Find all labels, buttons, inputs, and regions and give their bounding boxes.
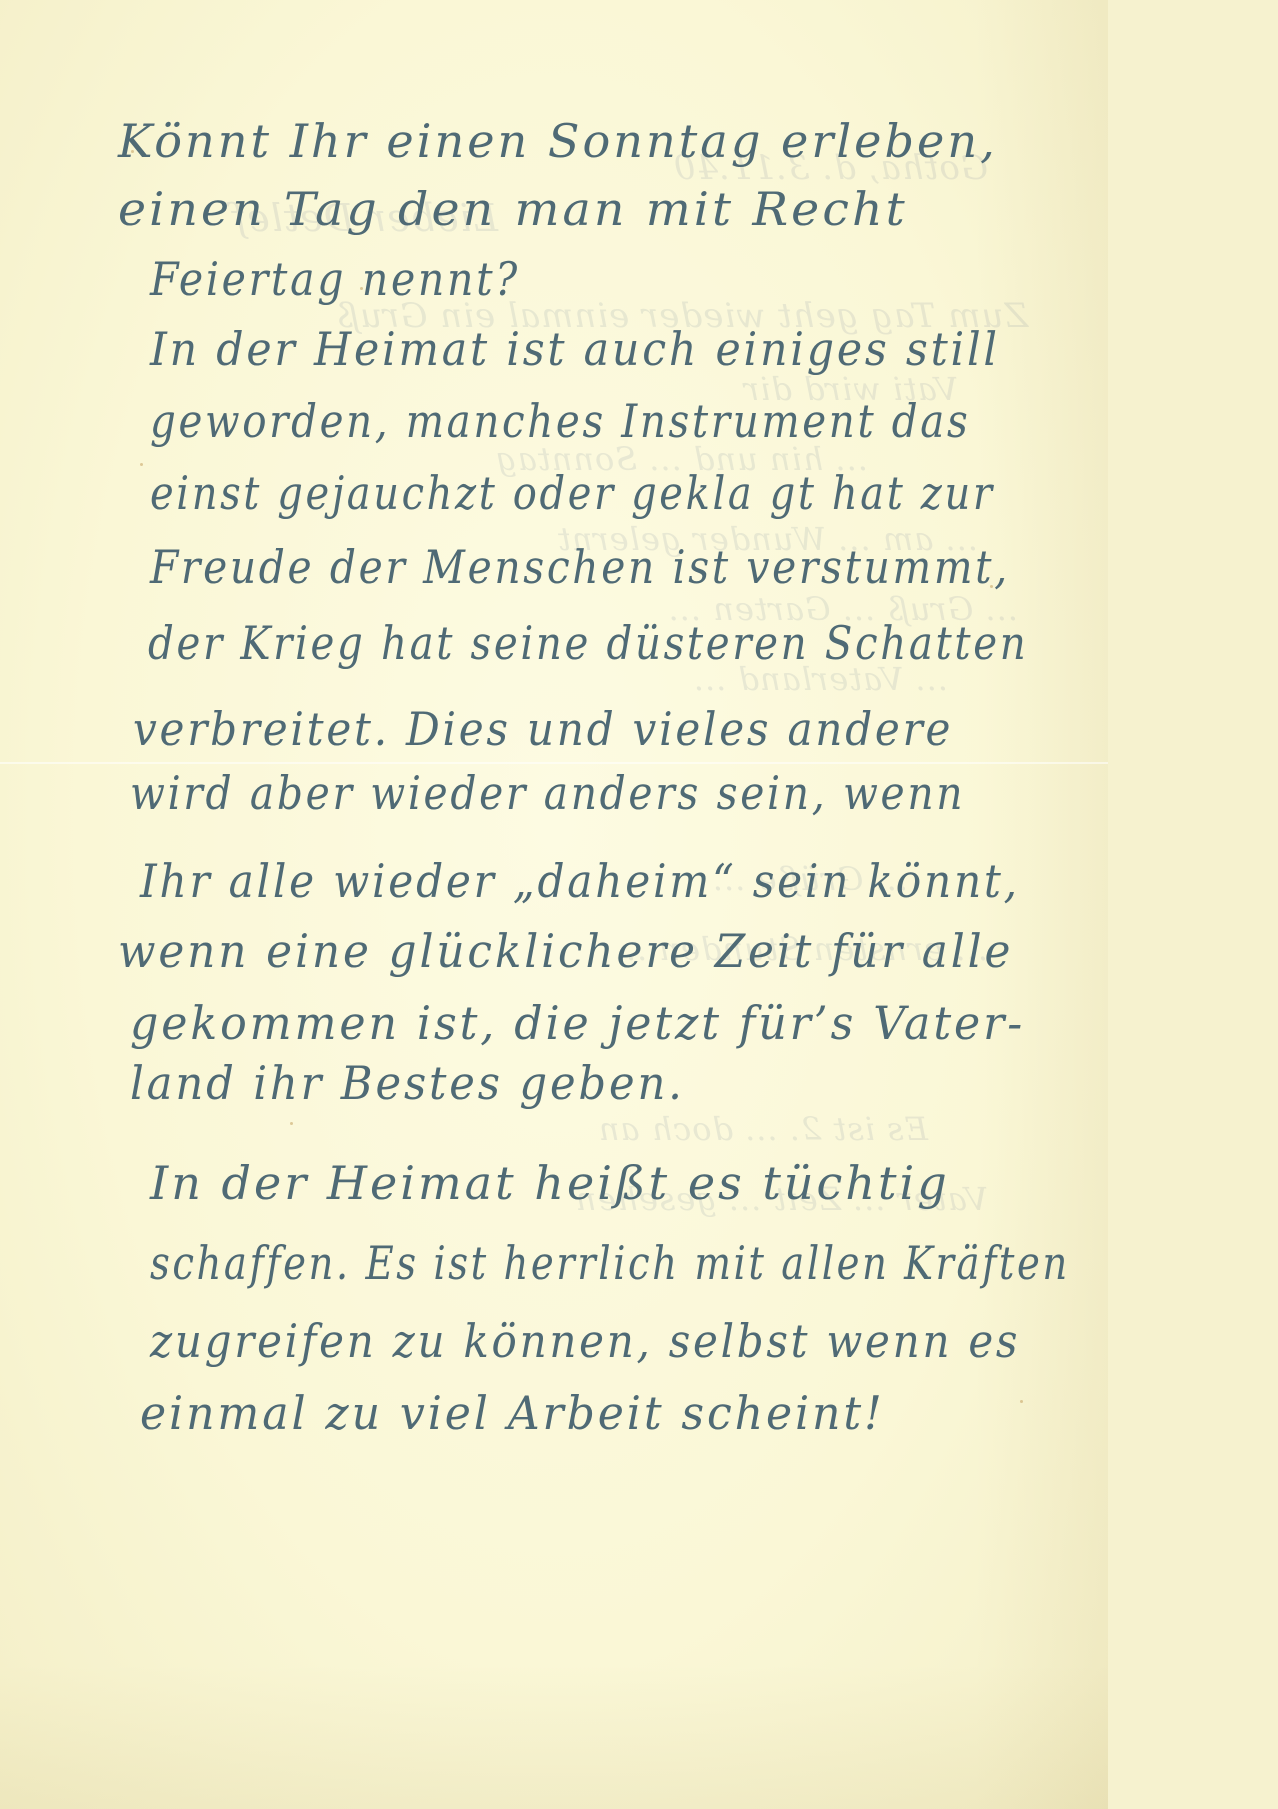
handwritten-line: Ihr alle wieder „daheim“ sein könnt, (140, 858, 1020, 904)
handwritten-line: land ihr Bestes geben. (130, 1060, 685, 1106)
handwritten-line: einst gejauchzt oder gekla gt hat zur (150, 470, 995, 516)
handwritten-line: zugreifen zu können, selbst wenn es (150, 1318, 1020, 1364)
handwritten-line: Freude der Menschen ist verstummt, (150, 544, 1010, 590)
handwritten-text: Könnt Ihr einen Sonntag erleben,einen Ta… (0, 0, 1108, 1809)
handwritten-line: wird aber wieder anders sein, wenn (130, 770, 965, 816)
letter-page: Gotha, d. 3.11.40Lieber DetlefZum Tag ge… (0, 0, 1108, 1809)
handwritten-line: Könnt Ihr einen Sonntag erleben, (118, 118, 998, 164)
handwritten-line: Feiertag nennt? (150, 256, 520, 302)
handwritten-line: der Krieg hat seine düsteren Schatten (148, 620, 1028, 666)
handwritten-line: schaffen. Es ist herrlich mit allen Kräf… (150, 1240, 1070, 1286)
handwritten-line: In der Heimat heißt es tüchtig (150, 1160, 950, 1206)
handwritten-line: verbreitet. Dies und vieles andere (133, 706, 953, 752)
handwritten-line: wenn eine glücklichere Zeit für alle (118, 928, 1013, 974)
handwritten-line: geworden, manches Instrument das (150, 398, 970, 444)
handwritten-line: In der Heimat ist auch einiges still (150, 326, 1000, 372)
handwritten-line: einen Tag den man mit Recht (118, 186, 908, 232)
handwritten-line: einmal zu viel Arbeit scheint! (140, 1390, 885, 1436)
handwritten-line: gekommen ist, die jetzt für’s Vater- (130, 1000, 1025, 1046)
